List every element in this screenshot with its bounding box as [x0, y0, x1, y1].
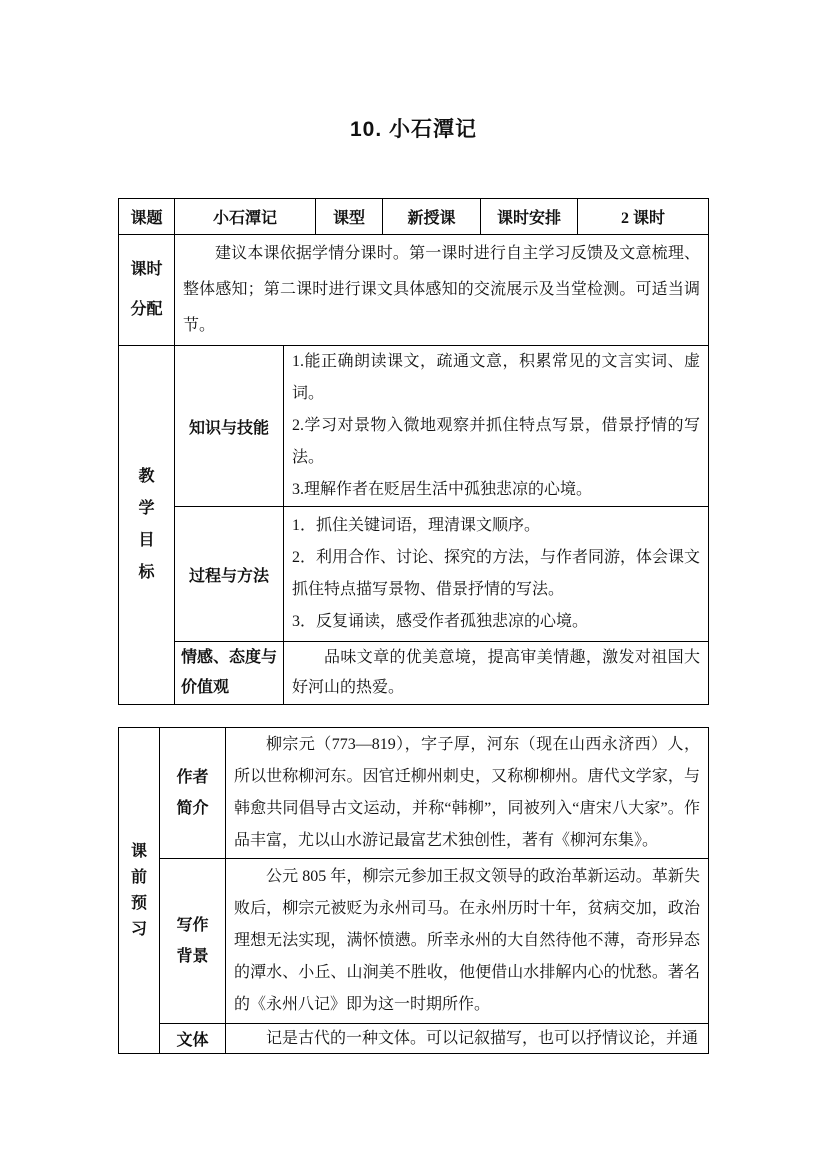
paragraph: 公元 805 年，柳宗元参加王叔文领导的政治革新运动。革新失败后，柳宗元被贬为永… — [234, 861, 700, 1021]
teaching-objectives-vertical-text: 教 学 目 标 — [119, 469, 174, 581]
vertical-char: 学 — [138, 501, 154, 517]
paragraph: 品味文章的优美意境，提高审美情趣，激发对祖国大好河山的热爱。 — [292, 643, 700, 703]
vertical-char: 教 — [138, 469, 154, 485]
paragraph: 2．利用合作、讨论、探究的方法，与作者同游，体会课文抓住特点描写景物、借景抒情的… — [292, 542, 700, 606]
vertical-char: 预 — [131, 896, 147, 912]
genre-content: 记是古代的一种文体。可以记叙描写，也可以抒情议论，并通 — [226, 1024, 709, 1054]
document-title: 10. 小石潭记 — [0, 113, 827, 143]
author-intro-label: 作者简介 — [160, 728, 226, 859]
vertical-char: 习 — [131, 922, 147, 938]
writing-background-label: 写作背景 — [160, 859, 226, 1024]
paragraph: 1．抓住关键词语，理清课文顺序。 — [292, 510, 700, 542]
teaching-objectives-label: 教 学 目 标 — [119, 346, 175, 705]
paragraph: 记是古代的一种文体。可以记叙描写，也可以抒情议论，并通 — [234, 1025, 700, 1053]
vertical-char: 课 — [131, 844, 147, 860]
schedule-label: 课时安排 — [481, 199, 578, 235]
knowledge-skills-row: 教 学 目 标 知识与技能 1.能正确朗读课文，疏通文意，积累常见的文言实词、虚… — [119, 346, 709, 507]
table-header-row: 课题 小石潭记 课型 新授课 课时安排 2 课时 — [119, 199, 709, 235]
time-allocation-label-line1: 课时 — [119, 250, 174, 290]
paragraph: 3．反复诵读，感受作者孤独悲凉的心境。 — [292, 606, 700, 638]
emotion-values-row: 情感、态度与价值观 品味文章的优美意境，提高审美情趣，激发对祖国大好河山的热爱。 — [119, 642, 709, 705]
writing-background-content: 公元 805 年，柳宗元参加王叔文领导的政治革新运动。革新失败后，柳宗元被贬为永… — [226, 859, 709, 1024]
time-allocation-label-line2: 分配 — [119, 290, 174, 330]
writing-background-row: 写作背景 公元 805 年，柳宗元参加王叔文领导的政治革新运动。革新失败后，柳宗… — [119, 859, 709, 1024]
schedule-value: 2 课时 — [578, 199, 709, 235]
pre-class-preview-vertical-text: 课 前 预 习 — [119, 844, 159, 938]
document-page: 10. 小石潭记 课题 小石潭记 课型 新授课 课时安排 2 课时 课时 分配 — [0, 0, 827, 1169]
paragraph: 柳宗元（773—819），字子厚，河东（现在山西永济西）人，所以世称柳河东。因官… — [234, 729, 700, 857]
paragraph: 1.能正确朗读课文，疏通文意，积累常见的文言实词、虚词。 — [292, 346, 700, 410]
vertical-char: 标 — [138, 565, 154, 581]
course-type-label: 课型 — [316, 199, 383, 235]
knowledge-skills-content: 1.能正确朗读课文，疏通文意，积累常见的文言实词、虚词。 2.学习对景物入微地观… — [284, 346, 709, 507]
time-allocation-content: 建议本课依据学情分课时。第一课时进行自主学习反馈及文意梳理、整体感知；第二课时进… — [175, 235, 709, 346]
pre-class-preview-table: 课 前 预 习 作者简介 柳宗元（773—819），字子厚，河东（现在山西永济西… — [118, 727, 709, 1054]
genre-label: 文体 — [160, 1024, 226, 1054]
topic-value: 小石潭记 — [175, 199, 316, 235]
topic-label: 课题 — [119, 199, 175, 235]
genre-row: 文体 记是古代的一种文体。可以记叙描写，也可以抒情议论，并通 — [119, 1024, 709, 1054]
author-intro-row: 课 前 预 习 作者简介 柳宗元（773—819），字子厚，河东（现在山西永济西… — [119, 728, 709, 859]
paragraph: 建议本课依据学情分课时。第一课时进行自主学习反馈及文意梳理、整体感知；第二课时进… — [183, 236, 700, 344]
pre-class-preview-label: 课 前 预 习 — [119, 728, 160, 1054]
process-methods-label: 过程与方法 — [175, 507, 284, 642]
course-type-value: 新授课 — [383, 199, 481, 235]
emotion-values-content: 品味文章的优美意境，提高审美情趣，激发对祖国大好河山的热爱。 — [284, 642, 709, 705]
author-intro-content: 柳宗元（773—819），字子厚，河东（现在山西永济西）人，所以世称柳河东。因官… — [226, 728, 709, 859]
vertical-char: 目 — [138, 533, 154, 549]
process-methods-row: 过程与方法 1．抓住关键词语，理清课文顺序。 2．利用合作、讨论、探究的方法，与… — [119, 507, 709, 642]
paragraph: 3.理解作者在贬居生活中孤独悲凉的心境。 — [292, 474, 700, 506]
time-allocation-label: 课时 分配 — [119, 235, 175, 346]
lesson-overview-table: 课题 小石潭记 课型 新授课 课时安排 2 课时 课时 分配 建议本课依据学情分… — [118, 198, 709, 705]
vertical-char: 前 — [131, 870, 147, 886]
emotion-values-label: 情感、态度与价值观 — [175, 642, 284, 705]
process-methods-content: 1．抓住关键词语，理清课文顺序。 2．利用合作、讨论、探究的方法，与作者同游，体… — [284, 507, 709, 642]
time-allocation-row: 课时 分配 建议本课依据学情分课时。第一课时进行自主学习反馈及文意梳理、整体感知… — [119, 235, 709, 346]
knowledge-skills-label: 知识与技能 — [175, 346, 284, 507]
paragraph: 2.学习对景物入微地观察并抓住特点写景，借景抒情的写法。 — [292, 410, 700, 474]
